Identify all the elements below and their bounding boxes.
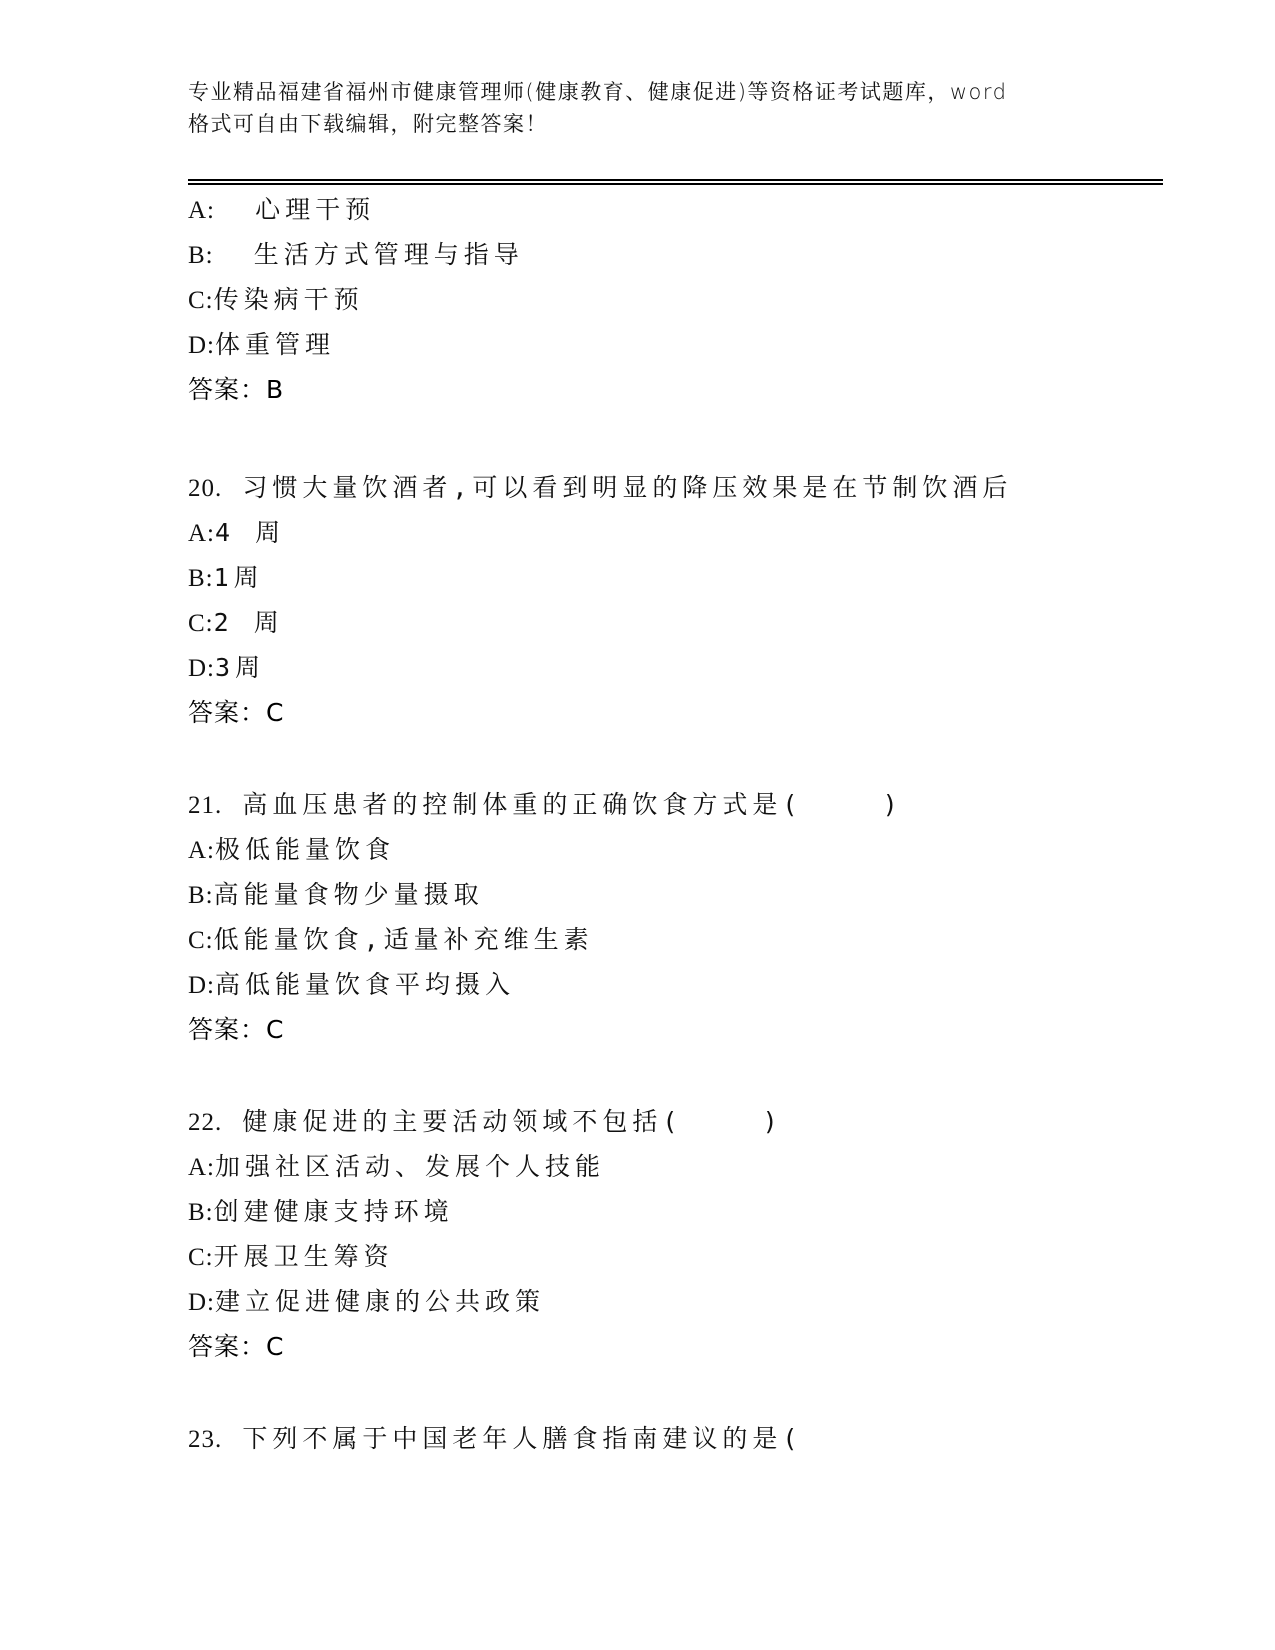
option-c: C:2 周 xyxy=(188,607,284,640)
option-d: D:3周 xyxy=(188,652,265,685)
option-b: B:1周 xyxy=(188,562,264,595)
option-b: B: 生活方式管理与指导 xyxy=(188,239,524,272)
option-b: B:高能量食物少量摄取 xyxy=(188,879,484,912)
header-rule-bottom xyxy=(188,183,1163,185)
option-d: D:高低能量饮食平均摄入 xyxy=(188,969,515,1002)
option-a: A:4 周 xyxy=(188,517,285,550)
header-rule-top xyxy=(188,179,1163,181)
answer-line: 答案：C xyxy=(188,1014,284,1046)
answer-line: 答案：C xyxy=(188,1331,284,1363)
question-stem: 21. 高血压患者的控制体重的正确饮食方式是( ) xyxy=(188,789,903,822)
header-line-2: 格式可自由下载编辑，附完整答案！ xyxy=(188,108,1088,140)
question-stem: 23. 下列不属于中国老年人膳食指南建议的是( xyxy=(188,1423,802,1456)
question-stem: 20. 习惯大量饮酒者,可以看到明显的降压效果是在节制饮酒后 xyxy=(188,472,1012,505)
question-stem: 22. 健康促进的主要活动领域不包括( ) xyxy=(188,1106,783,1139)
answer-line: 答案：C xyxy=(188,697,284,729)
option-c: C:低能量饮食,适量补充维生素 xyxy=(188,924,594,957)
option-d: D:体重管理 xyxy=(188,329,335,362)
option-a: A:加强社区活动、发展个人技能 xyxy=(188,1151,605,1184)
document-header: 专业精品福建省福州市健康管理师(健康教育、健康促进)等资格证考试题库，word … xyxy=(188,76,1088,140)
option-d: D:建立促进健康的公共政策 xyxy=(188,1286,545,1319)
answer-line: 答案：B xyxy=(188,374,284,406)
option-b: B:创建健康支持环境 xyxy=(188,1196,454,1229)
option-c: C:传染病干预 xyxy=(188,284,364,317)
option-a: A:极低能量饮食 xyxy=(188,834,395,867)
option-a: A: 心理干预 xyxy=(188,194,375,227)
option-c: C:开展卫生筹资 xyxy=(188,1241,394,1274)
document-page: 专业精品福建省福州市健康管理师(健康教育、健康促进)等资格证考试题库，word … xyxy=(0,0,1275,1650)
header-line-1: 专业精品福建省福州市健康管理师(健康教育、健康促进)等资格证考试题库，word xyxy=(188,76,1088,108)
